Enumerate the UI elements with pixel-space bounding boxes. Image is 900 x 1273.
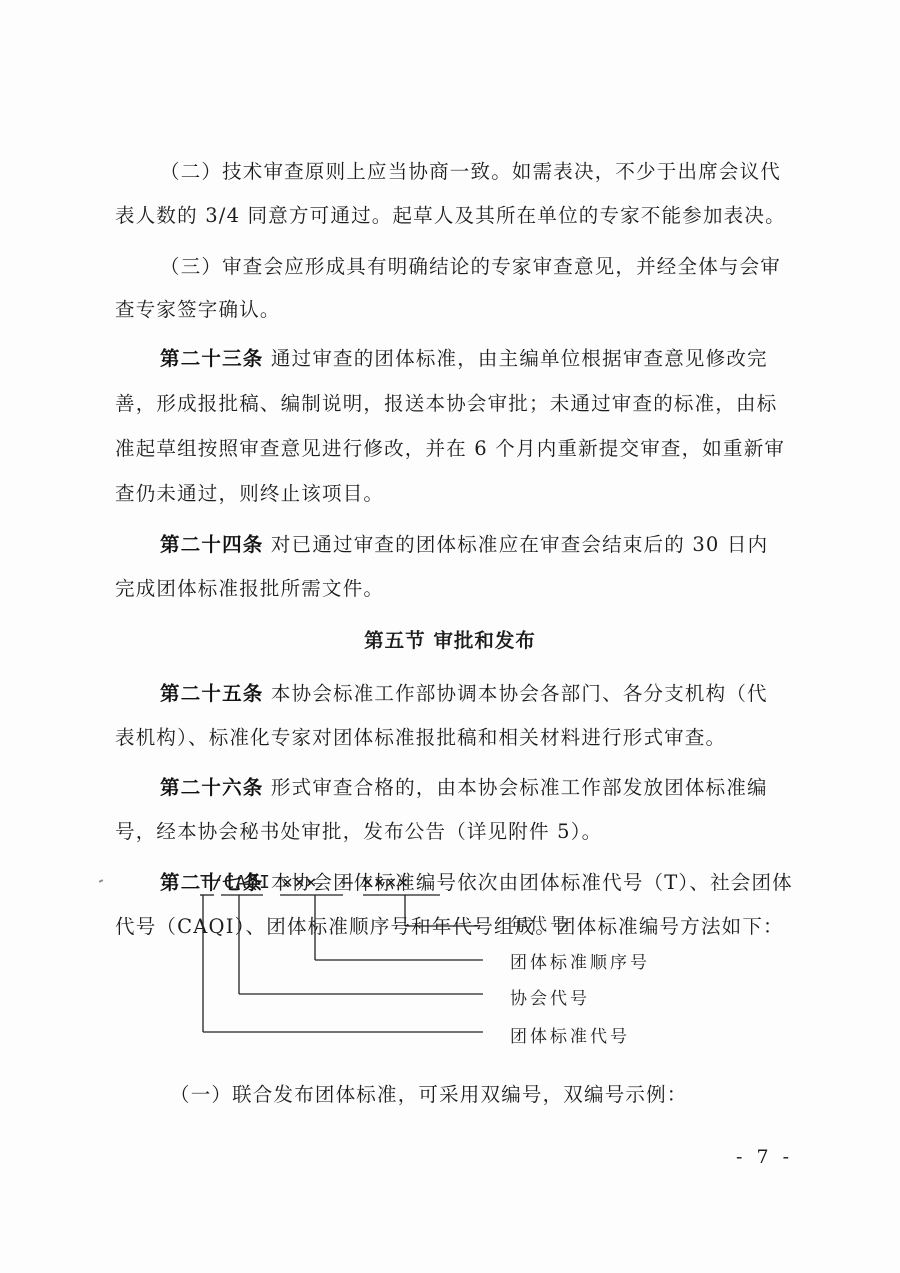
article-26-text: 形式审查合格的，由本协会标准工作部发放团体标准编	[271, 776, 768, 799]
article-24-title: 第二十四条	[160, 533, 264, 556]
article-26-line-1: 第二十六条 形式审查合格的，由本协会标准工作部发放团体标准编	[160, 776, 768, 800]
page-number: - 7 -	[736, 1146, 793, 1168]
label-year-code: 年代号	[510, 914, 570, 936]
code-sequence: ×××	[282, 872, 318, 894]
paragraph-2-line-1: （二）技术审查原则上应当协商一致。如需表决，不少于出席会议代	[160, 160, 781, 184]
joint-release-paragraph: （一）联合发布团体标准，可采用双编号，双编号示例：	[170, 1083, 688, 1107]
section-heading: 第五节 审批和发布	[0, 629, 900, 653]
article-24-text: 对已通过审查的团体标准应在审查会结束后的 30 日内	[271, 533, 768, 556]
article-23-title: 第二十三条	[160, 347, 264, 370]
article-25-text: 本协会标准工作部协调本协会各部门、各分支机构（代	[271, 682, 768, 705]
article-24-line-2: 完成团体标准报批所需文件。	[115, 577, 384, 601]
article-24-line-1: 第二十四条 对已通过审查的团体标准应在审查会结束后的 30 日内	[160, 533, 768, 557]
code-dash: —	[342, 872, 354, 894]
article-23-line-1: 第二十三条 通过审查的团体标准，由主编单位根据审查意见修改完	[160, 347, 768, 371]
label-group-standard-code: 团体标准代号	[510, 1026, 630, 1048]
code-prefix: T/CAQI	[200, 872, 271, 894]
article-25-line-1: 第二十五条 本协会标准工作部协调本协会各部门、各分支机构（代	[160, 682, 768, 706]
article-23-text: 通过审查的团体标准，由主编单位根据审查意见修改完	[271, 347, 768, 370]
article-25-line-2: 表机构）、标准化专家对团体标准报批稿和相关材料进行形式审查。	[115, 726, 726, 750]
scan-speck	[99, 879, 103, 883]
article-26-line-2: 号，经本协会秘书处审批，发布公告（详见附件 5）。	[115, 820, 602, 844]
article-23-line-2: 善，形成报批稿、编制说明，报送本协会审批；未通过审查的标准，由标	[115, 392, 777, 416]
paragraph-3-line-2: 查专家签字确认。	[115, 298, 281, 322]
code-year: ××××	[362, 872, 409, 894]
label-sequence-number: 团体标准顺序号	[510, 952, 650, 974]
article-26-title: 第二十六条	[160, 776, 264, 799]
label-association-code: 协会代号	[510, 988, 590, 1010]
article-23-line-3: 准起草组按照审查意见进行修改，并在 6 个月内重新提交审查，如重新审	[115, 437, 785, 461]
article-27-line-2: 代号（CAQI）、团体标准顺序号和年代号组成。团体标准编号方法如下：	[115, 915, 784, 939]
article-25-title: 第二十五条	[160, 682, 264, 705]
paragraph-3-line-1: （三）审查会应形成具有明确结论的专家审查意见，并经全体与会审	[160, 255, 781, 279]
article-23-line-4: 查仍未通过，则终止该项目。	[115, 482, 384, 506]
paragraph-2-line-2: 表人数的 3/4 同意方可通过。起草人及其所在单位的专家不能参加表决。	[115, 204, 786, 228]
